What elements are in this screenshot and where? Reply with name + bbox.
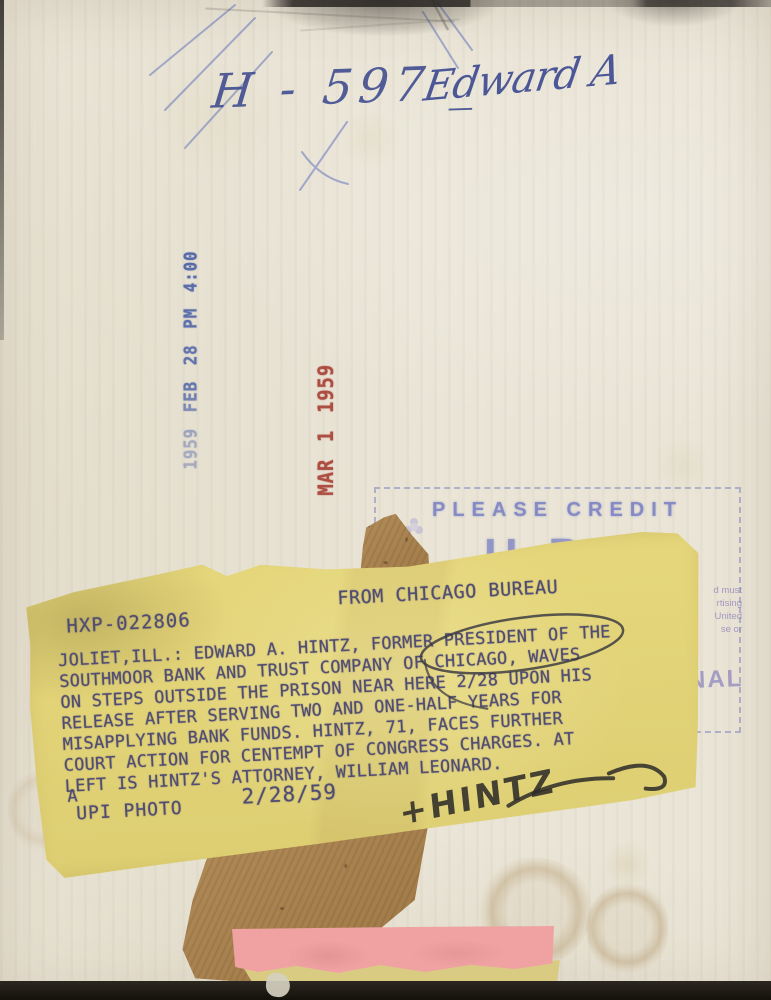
photo-back-scan: H - 597 _ Edward A 1959 FEB 28 PM 4:00 M… (0, 0, 771, 1000)
stain-blot (652, 438, 714, 494)
bottom-black-edge (0, 981, 771, 1000)
left-edge-shadow (0, 0, 4, 340)
receiving-date-stamp: 1959 FEB 28 PM 4:00 (158, 251, 225, 471)
stain-blot (586, 882, 668, 974)
credit-stamp-line1: PLEASE CREDIT (376, 499, 739, 522)
bureau-line: FROM CHICAGO BUREAU (337, 577, 559, 610)
red-date-stamp-text: MAR 1 1959 (314, 364, 338, 496)
caption-label: FROM CHICAGO BUREAU HXP-022806 JOLIET,IL… (17, 527, 718, 882)
red-date-stamp: MAR 1 1959 (300, 365, 352, 495)
top-smudge (604, 0, 744, 28)
date-line: 2/28/59 (241, 780, 338, 809)
reference-number: HXP-022806 (66, 609, 191, 637)
stain-blot (600, 842, 654, 886)
receiving-date-stamp-text: 1959 FEB 28 PM 4:00 (181, 251, 202, 470)
credit-line: UPI PHOTO (76, 798, 183, 825)
